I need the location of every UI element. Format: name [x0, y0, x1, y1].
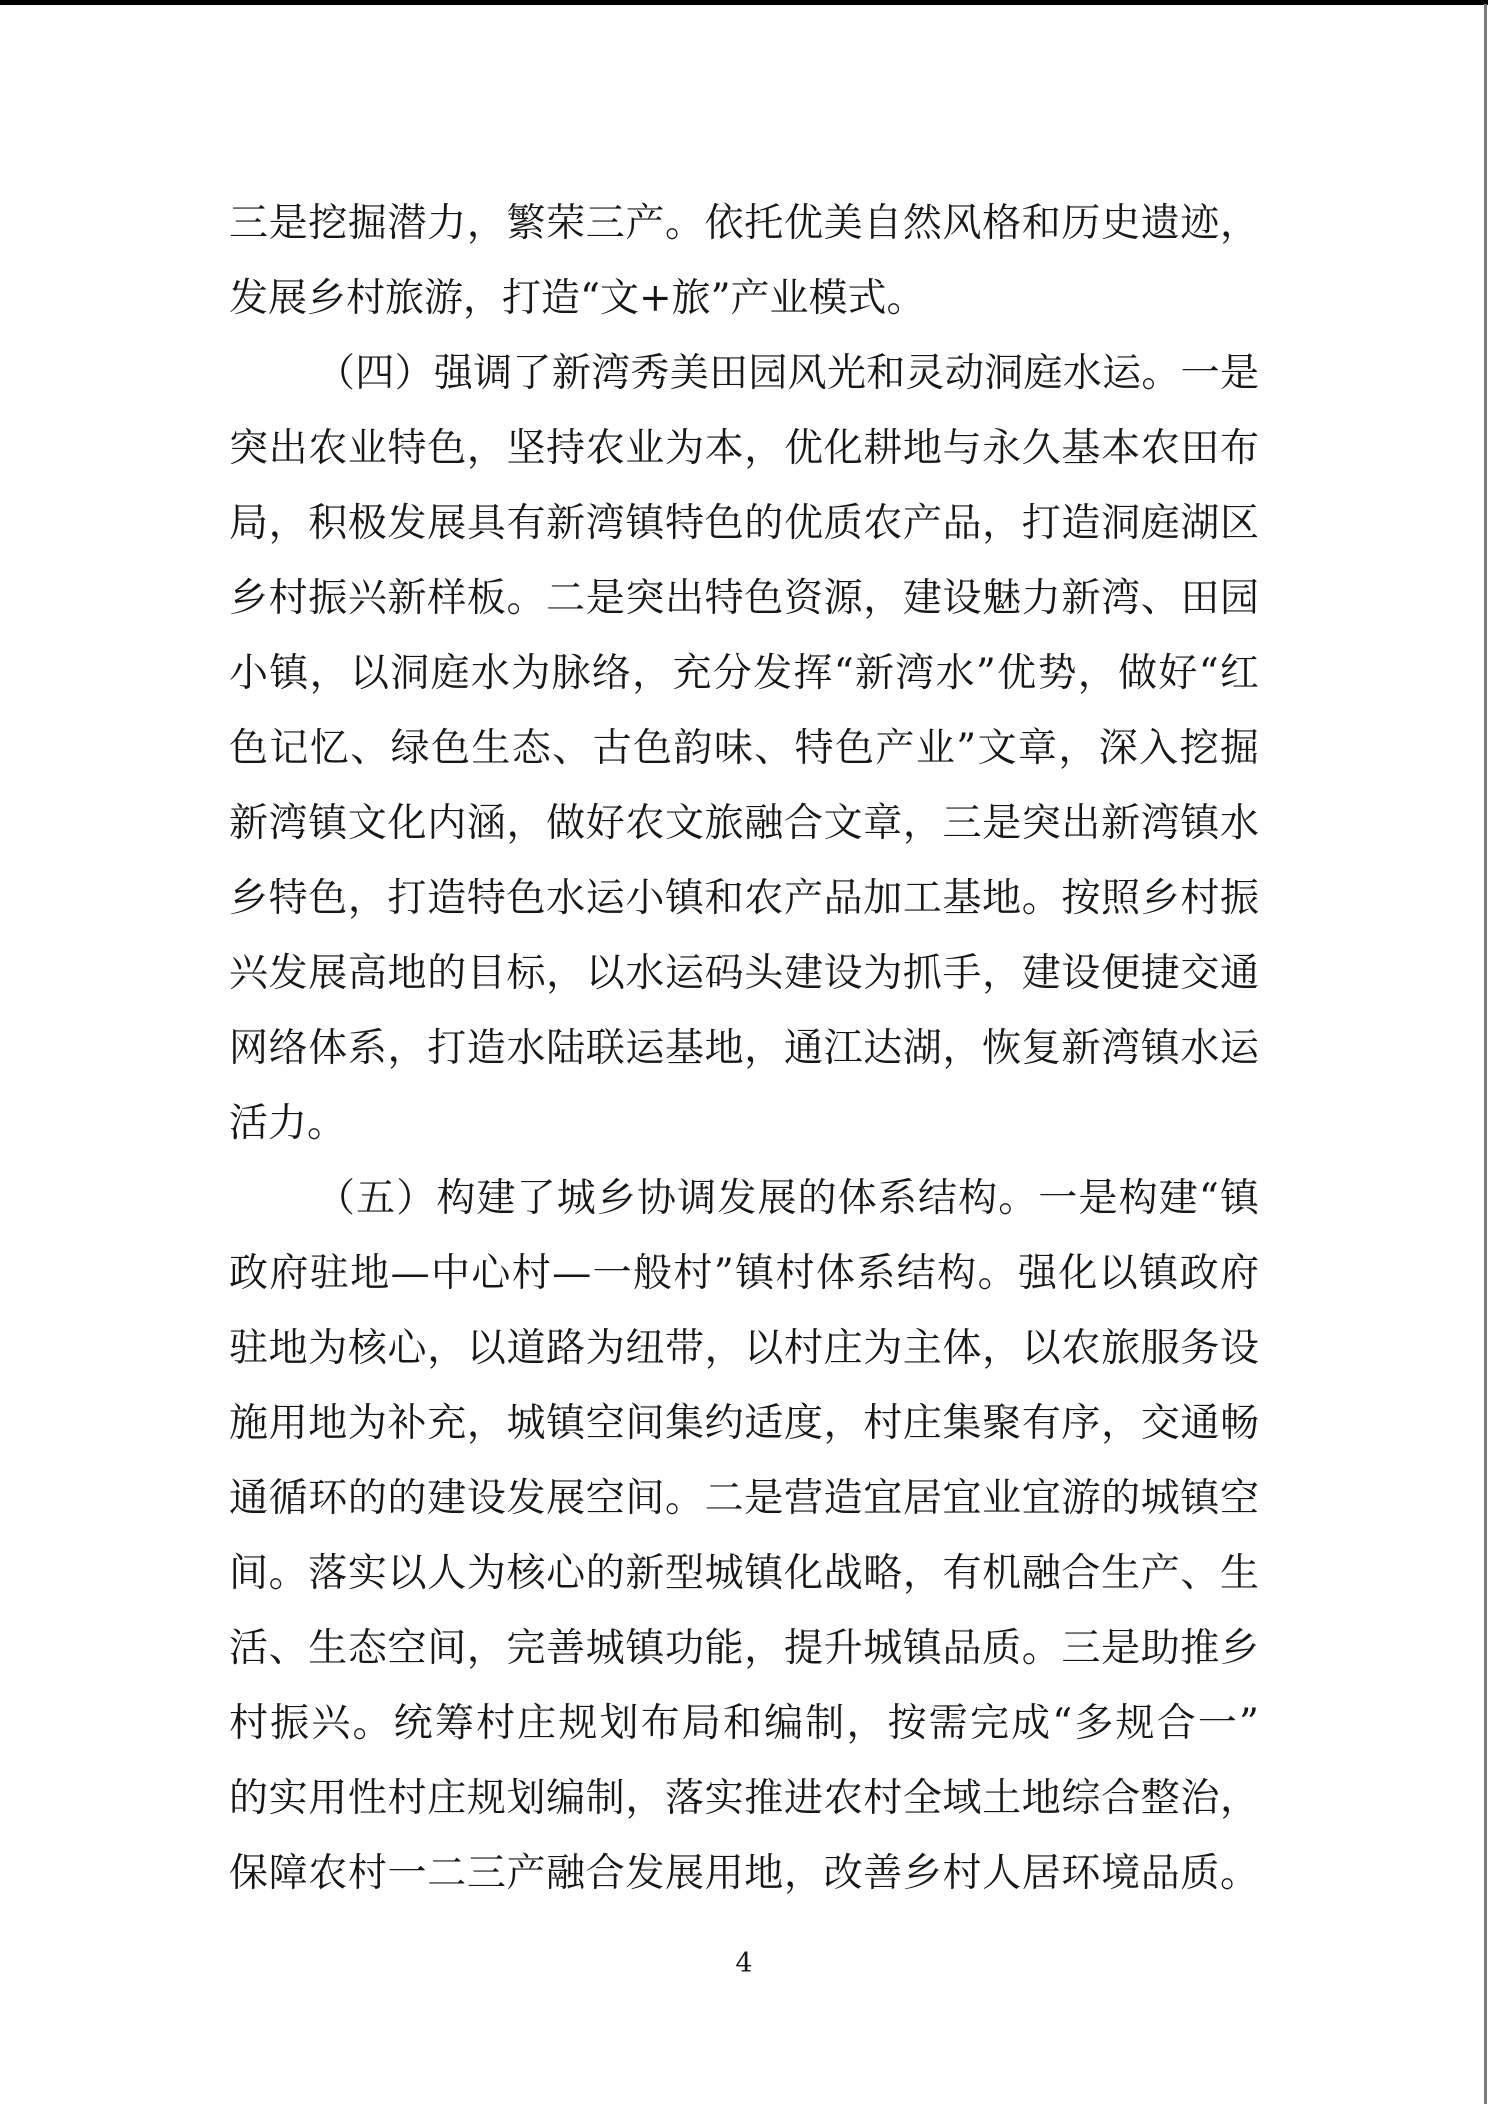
page-top-edge-bar [0, 0, 1488, 5]
text-line: 的实用性村庄规划编制，落实推进农村全域土地综合整治， [229, 1761, 1259, 1836]
text-line: 乡村振兴新样板。二是突出特色资源，建设魅力新湾、田园 [229, 561, 1259, 636]
document-page: 三是挖掘潜力，繁荣三产。依托优美自然风格和历史遗迹， 发展乡村旅游，打造“文+旅… [0, 0, 1488, 2104]
text-line: 通循环的的建设发展空间。二是营造宜居宜业宜游的城镇空 [229, 1461, 1259, 1536]
text-line: （五）构建了城乡协调发展的体系结构。一是构建“镇 [229, 1161, 1259, 1236]
page-right-edge-line [1484, 4, 1487, 2104]
text-line: 活力。 [229, 1086, 1259, 1161]
text-line: 兴发展高地的目标，以水运码头建设为抓手，建设便捷交通 [229, 936, 1259, 1011]
text-line: 活、生态空间，完善城镇功能，提升城镇品质。三是助推乡 [229, 1611, 1259, 1686]
text-line: 施用地为补充，城镇空间集约适度，村庄集聚有序，交通畅 [229, 1386, 1259, 1461]
text-line: 网络体系，打造水陆联运基地，通江达湖，恢复新湾镇水运 [229, 1011, 1259, 1086]
text-line: 村振兴。统筹村庄规划布局和编制，按需完成“多规合一” [229, 1686, 1259, 1761]
text-line: 保障农村一二三产融合发展用地，改善乡村人居环境品质。 [229, 1836, 1259, 1911]
text-line: 色记忆、绿色生态、古色韵味、特色产业”文章，深入挖掘 [229, 711, 1259, 786]
text-line: 小镇，以洞庭水为脉络，充分发挥“新湾水”优势，做好“红 [229, 636, 1259, 711]
text-line: 驻地为核心，以道路为纽带，以村庄为主体，以农旅服务设 [229, 1311, 1259, 1386]
text-line: 突出农业特色，坚持农业为本，优化耕地与永久基本农田布 [229, 411, 1259, 486]
text-line: 三是挖掘潜力，繁荣三产。依托优美自然风格和历史遗迹， [229, 186, 1259, 261]
body-text: 三是挖掘潜力，繁荣三产。依托优美自然风格和历史遗迹， 发展乡村旅游，打造“文+旅… [229, 186, 1259, 1911]
page-number: 4 [0, 1944, 1488, 1984]
text-line: 局，积极发展具有新湾镇特色的优质农产品，打造洞庭湖区 [229, 486, 1259, 561]
text-line: 政府驻地—中心村—一般村”镇村体系结构。强化以镇政府 [229, 1236, 1259, 1311]
text-line: （四）强调了新湾秀美田园风光和灵动洞庭水运。一是 [229, 336, 1259, 411]
text-line: 乡特色，打造特色水运小镇和农产品加工基地。按照乡村振 [229, 861, 1259, 936]
text-line: 间。落实以人为核心的新型城镇化战略，有机融合生产、生 [229, 1536, 1259, 1611]
text-line: 发展乡村旅游，打造“文+旅”产业模式。 [229, 261, 1259, 336]
text-line: 新湾镇文化内涵，做好农文旅融合文章，三是突出新湾镇水 [229, 786, 1259, 861]
